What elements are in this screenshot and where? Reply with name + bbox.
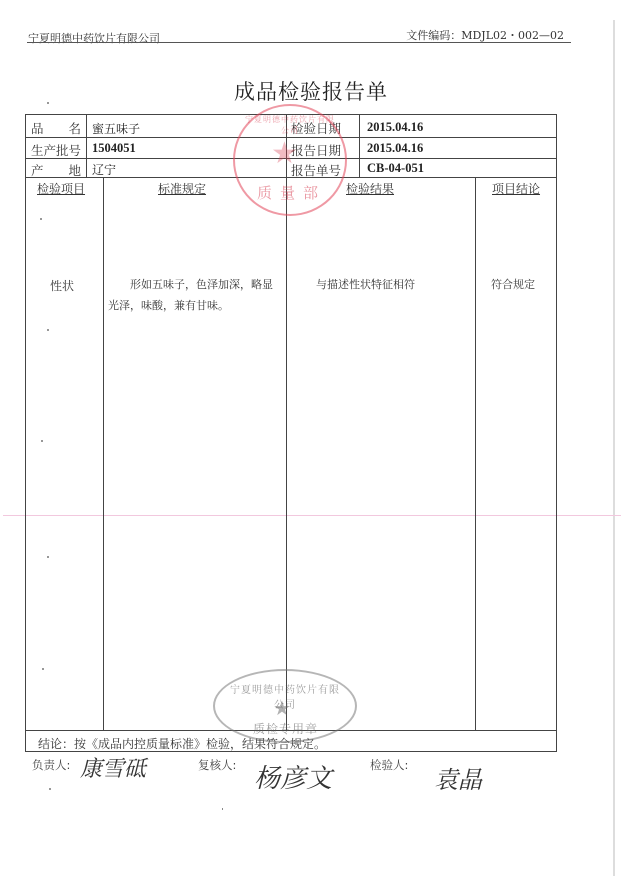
document-code-label: 文件编码： <box>406 29 461 42</box>
responsible-label: 负责人: <box>32 757 70 773</box>
inspector-label: 检验人: <box>370 757 408 773</box>
standard-text: 形如五味子，色泽加深，略显 光泽，味酸，兼有甘味。 <box>108 274 283 316</box>
batch-value: 1504051 <box>92 141 136 156</box>
inspector-signature: 袁晶 <box>434 760 482 795</box>
scan-speck <box>42 668 44 670</box>
scan-speck <box>41 440 43 442</box>
reviewer-label: 复核人: <box>198 757 236 773</box>
scan-speck <box>47 556 49 558</box>
scan-edge <box>613 20 615 876</box>
scan-speck <box>47 329 49 331</box>
quality-inspection-stamp: 宁夏明德中药饮片有限公司 ★ 质检专用章 <box>213 669 357 743</box>
column-header-result: 检验结果 <box>346 180 394 197</box>
table-rule <box>86 114 87 178</box>
standard-line: 形如五味子，色泽加深，略显 <box>108 274 283 295</box>
quality-department-stamp: 宁夏明德中药饮片有限公司 ★ 质量部 <box>233 104 347 216</box>
company-name: 宁夏明德中药饮片有限公司 <box>28 30 160 46</box>
column-header-standard: 标准规定 <box>158 180 206 197</box>
star-icon: ★ <box>271 136 298 171</box>
document-code: 文件编码：MDJL02・002—02 <box>406 27 564 43</box>
reviewer-signature: 杨彦文 <box>254 758 332 795</box>
table-rule <box>103 177 104 731</box>
column-header-conclusion: 项目结论 <box>492 180 540 197</box>
report-number-value: CB-04-051 <box>367 161 424 176</box>
stamp-arc-text: 宁夏明德中药饮片有限公司 <box>243 114 337 136</box>
scan-speck <box>47 102 49 104</box>
scan-line <box>3 515 621 516</box>
header-divider <box>27 42 571 43</box>
stamp-text: 质检专用章 <box>253 720 318 737</box>
scan-speck <box>222 808 223 810</box>
label-char: 名 <box>68 119 81 137</box>
scan-speck <box>40 218 42 220</box>
label-char: 品 <box>31 119 44 137</box>
inspect-date-value: 2015.04.16 <box>367 120 423 135</box>
table-rule <box>359 114 360 178</box>
item-conclusion: 符合规定 <box>491 274 535 295</box>
origin-value: 辽宁 <box>92 161 116 178</box>
page-title: 成品检验报告单 <box>0 76 622 106</box>
batch-label: 生产批号 <box>31 141 81 159</box>
table-border-right <box>556 114 557 752</box>
label-char: 产 <box>31 161 44 179</box>
table-rule <box>475 177 476 731</box>
label-char: 地 <box>68 161 81 179</box>
origin-label: 产地 <box>31 161 81 179</box>
product-name-label: 品名 <box>31 119 81 137</box>
responsible-signature: 康雪砥 <box>80 752 146 783</box>
report-date-value: 2015.04.16 <box>367 141 423 156</box>
standard-line: 光泽，味酸，兼有甘味。 <box>108 295 283 316</box>
product-name-value: 蜜五味子 <box>92 120 140 137</box>
scan-speck <box>49 788 51 790</box>
column-header-item: 检验项目 <box>37 180 85 197</box>
stamp-text: 质量部 <box>257 182 326 203</box>
document-code-value: MDJL02・002—02 <box>461 29 564 42</box>
star-icon: ★ <box>273 696 291 720</box>
inspection-item: 性状 <box>50 277 74 294</box>
result-text: 与描述性状特征相符 <box>316 274 415 295</box>
table-border-left <box>25 114 26 752</box>
